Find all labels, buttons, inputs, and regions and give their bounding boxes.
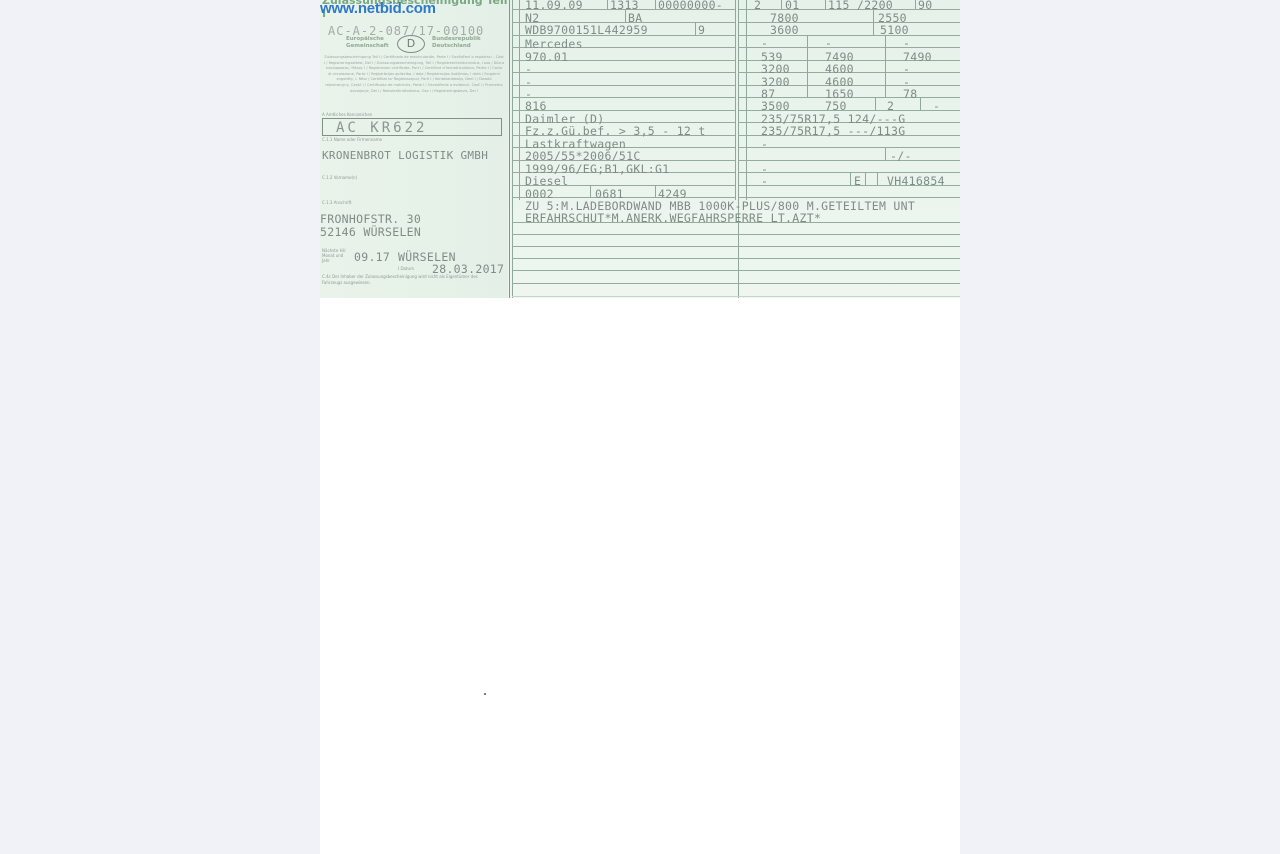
divider (735, 0, 736, 200)
netbid-watermark: www.netbid.com (320, 0, 436, 17)
field-e: - (761, 174, 768, 188)
holder-section: Zulassungsbescheinigung Teil I AC-A-2-08… (320, 0, 508, 298)
field-axles: 2 (887, 99, 894, 113)
field-variant: - (525, 62, 532, 76)
form-rule (738, 172, 960, 173)
field-divider (695, 22, 696, 35)
address-line-1: FRONHOFSTR. 30 (320, 212, 421, 226)
form-rule (512, 85, 735, 86)
field-axle-load-1b: 4600 (825, 62, 854, 76)
issuer-eu: Europäische Gemeinschaft (346, 36, 394, 50)
field-e2: E (854, 174, 861, 188)
field-type-key: 00000000- (658, 0, 723, 12)
field-divider (607, 0, 608, 9)
field-doors: 2 (754, 0, 761, 12)
divider (512, 0, 513, 298)
document-page: Zulassungsbescheinigung Teil I AC-A-2-08… (320, 0, 960, 854)
form-rule (512, 296, 960, 297)
scan-speck (484, 693, 486, 695)
form-rule (738, 47, 960, 48)
field-make: Mercedes (525, 37, 583, 51)
field-divider (885, 35, 886, 97)
label-name: C.1.1 Name oder Firmenname (322, 137, 382, 142)
issuer-germany: Bundesrepublik Deutschland (432, 36, 492, 50)
field-certificate-number: VH416854 (887, 174, 945, 188)
field-check-digit: 9 (698, 23, 705, 37)
field-t: - (761, 36, 768, 50)
field-axle-load-1: 3200 (761, 62, 790, 76)
field-divider (865, 172, 866, 185)
field-divider (915, 0, 916, 9)
field-fuel: Diesel (525, 174, 568, 188)
field-empty-mass: 3600 (770, 23, 799, 37)
label-next-inspection: Nächste HU Monat und Jahr (322, 248, 352, 263)
license-plate: AC KR622 (336, 120, 427, 136)
divider (519, 0, 520, 200)
field-divider (850, 172, 851, 185)
form-rule (738, 197, 960, 198)
field-max-speed: 90 (918, 0, 932, 12)
form-rule (512, 283, 960, 284)
field-noise-drive: 78 (903, 87, 917, 101)
field-r4: - (933, 99, 940, 113)
label-date: I Datum (398, 266, 414, 271)
field-f2-second: 5100 (880, 23, 909, 37)
next-inspection: 09.17 (354, 250, 390, 264)
field-trade-name: 816 (525, 99, 547, 113)
remarks-line-2: ERFAHRSCHUT*M.ANERK.WEGFAHRSPERRE LT.AZT… (525, 211, 821, 225)
field-t3: - (903, 36, 910, 50)
field-vehicle-category: Fz.z.Gü.bef. > 3,5 - 12 t (525, 124, 706, 138)
field-divider (807, 35, 808, 97)
field-divider (877, 172, 878, 185)
label-address: C.1.3 Anschrift (322, 200, 351, 205)
field-divider (825, 0, 826, 9)
holder-name: KRONENBROT LOGISTIK GMBH (322, 149, 488, 162)
form-rule (512, 246, 960, 247)
field-divider (885, 147, 886, 160)
field-k2: -/- (890, 149, 912, 163)
field-trailer-braked: 3500 (761, 99, 790, 113)
multilingual-notice: Zulassungsbescheinigung Teil I / Certifi… (324, 55, 504, 94)
form-rule (738, 147, 960, 148)
field-divider (875, 97, 876, 110)
form-rule (512, 258, 960, 259)
form-rule (512, 72, 735, 73)
form-rule (512, 97, 735, 98)
field-trailer-unbraked: 750 (825, 99, 847, 113)
registration-certificate-scan: Zulassungsbescheinigung Teil I AC-A-2-08… (320, 0, 960, 298)
field-divider (781, 0, 782, 9)
form-rule (738, 160, 960, 161)
field-axle-load-1c: - (903, 62, 910, 76)
divider (738, 0, 739, 298)
field-t2: - (825, 36, 832, 50)
form-rule (512, 270, 960, 271)
field-type-approval: 2005/55*2006/51C (525, 149, 641, 163)
divider (746, 0, 747, 200)
footnote: C.4c Der Inhaber der Zulassungsbescheini… (322, 274, 497, 285)
country-code-badge: D (397, 35, 425, 53)
form-rule (512, 234, 960, 235)
field-tyres-axle-2: 235/75R17,5 ---/113G (761, 124, 905, 138)
field-tyres-axle-3: - (761, 137, 768, 151)
label-first-name: C.1.2 Vorname(n) (322, 175, 357, 180)
label-plate: A Amtliches Kennzeichen (322, 112, 372, 117)
field-vin: WDB9700151L442959 (525, 23, 648, 37)
field-divider (590, 185, 591, 197)
field-divider (873, 9, 874, 35)
address-line-2: 52146 WÜRSELEN (320, 225, 421, 239)
field-divider (655, 185, 656, 197)
divider (509, 0, 510, 298)
field-divider (920, 97, 921, 110)
field-divider (655, 0, 656, 9)
